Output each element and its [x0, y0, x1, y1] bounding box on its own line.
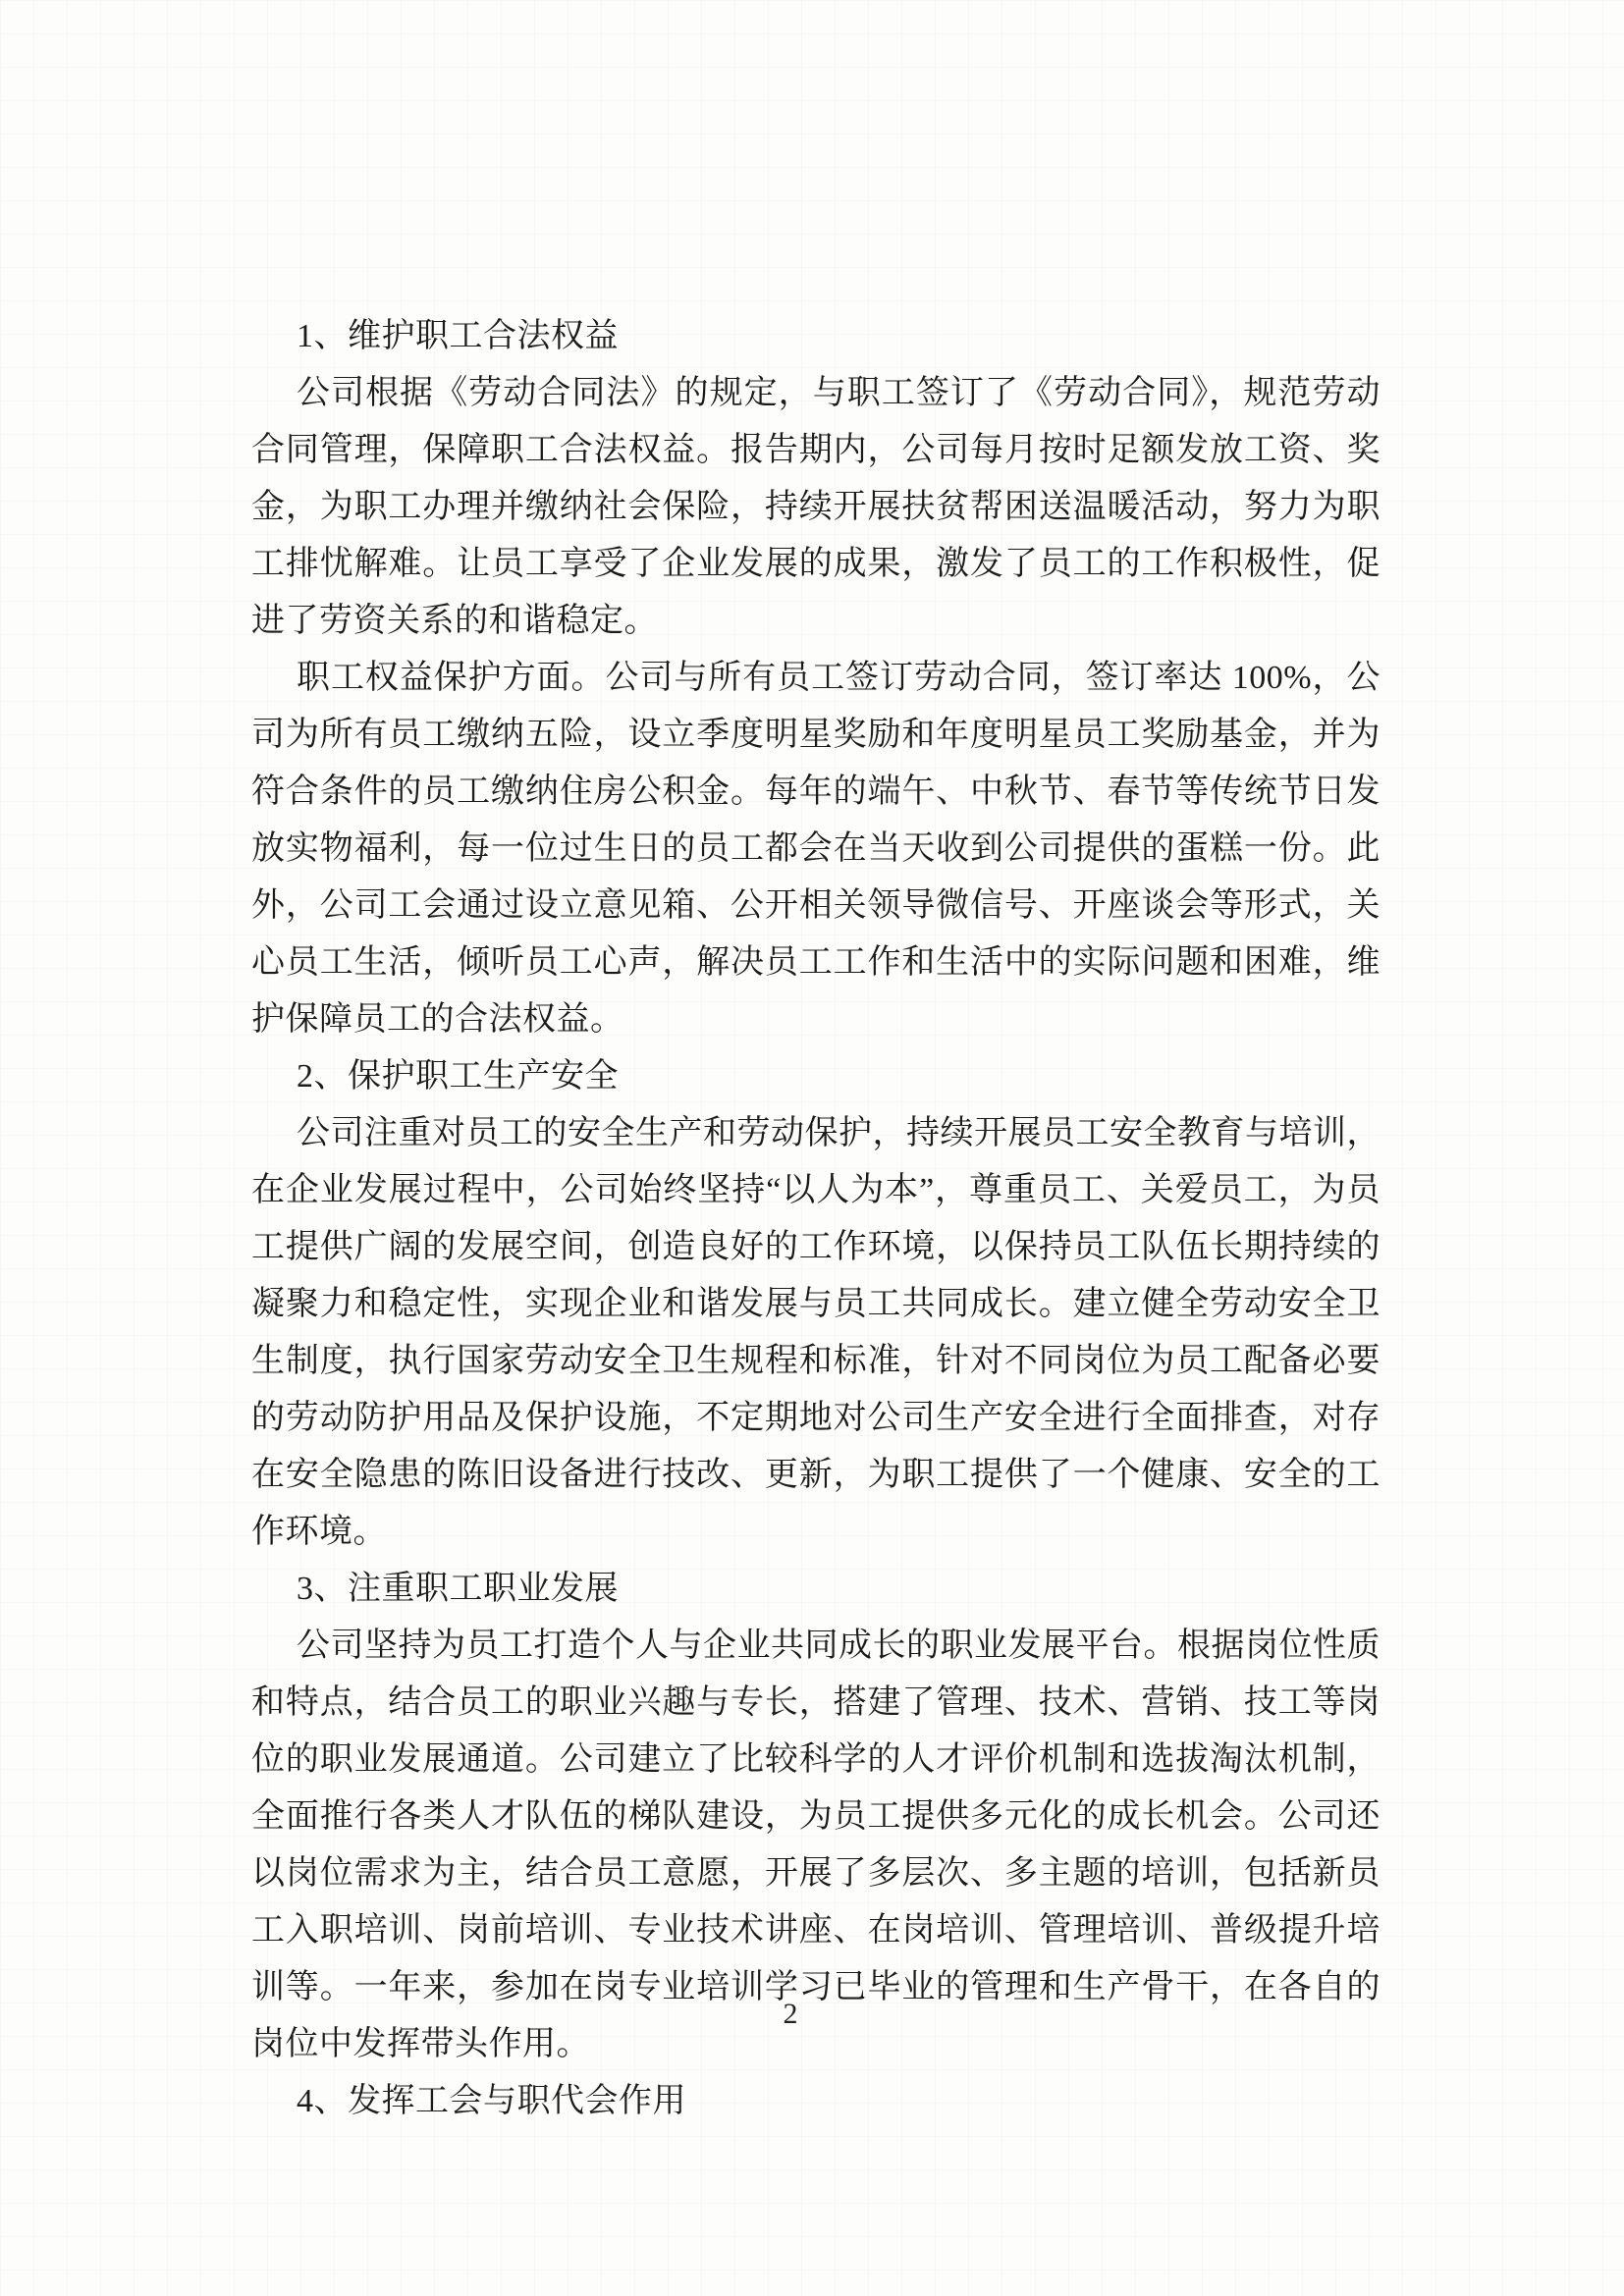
section-heading-2: 2、保护职工生产安全	[251, 1048, 1380, 1105]
section-heading-4: 4、发挥工会与职代会作用	[251, 2073, 1380, 2130]
paragraph: 职工权益保护方面。公司与所有员工签订劳动合同，签订率达 100%，公司为所有员工…	[251, 650, 1380, 1048]
paragraph: 公司注重对员工的安全生产和劳动保护，持续开展员工安全教育与培训，在企业发展过程中…	[251, 1105, 1380, 1561]
section-heading-1: 1、维护职工合法权益	[251, 308, 1380, 365]
document-page: 1、维护职工合法权益 公司根据《劳动合同法》的规定，与职工签订了《劳动合同》，规…	[0, 0, 1624, 2296]
page-number: 2	[0, 1997, 1581, 2032]
section-heading-3: 3、注重职工职业发展	[251, 1561, 1380, 1618]
document-content: 1、维护职工合法权益 公司根据《劳动合同法》的规定，与职工签订了《劳动合同》，规…	[251, 308, 1380, 2130]
paragraph: 公司根据《劳动合同法》的规定，与职工签订了《劳动合同》，规范劳动合同管理，保障职…	[251, 365, 1380, 650]
